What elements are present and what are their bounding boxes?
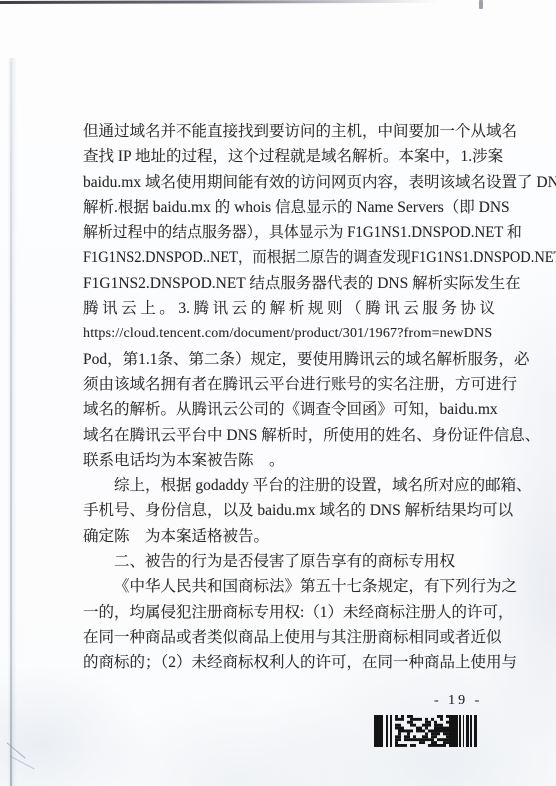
text-line: baidu.mx 域名使用期间能有效的访问网页内容，表明该域名设置了 DNS xyxy=(83,170,495,195)
text-line: F1G1NS2.DNSPOD..NET，而根据二原告的调查发现F1G1NS1.D… xyxy=(83,245,466,270)
text-line: 确定陈 为本案适格被告。 xyxy=(83,524,495,549)
text-line: 须由该域名拥有者在腾讯云平台进行账号的实名注册，方可进行 xyxy=(83,372,495,397)
text-line: 但通过域名并不能直接找到要访问的主机，中间要加一个从域名 xyxy=(83,119,495,144)
text-line: 综上，根据 godaddy 平台的注册的设置，域名所对应的邮箱、 xyxy=(83,473,495,498)
barcode-stop-bar xyxy=(449,715,458,747)
text-line: 域名在腾讯云平台中 DNS 解析时，所使用的姓名、身份证件信息、 xyxy=(83,423,495,448)
barcode-matrix xyxy=(395,715,449,747)
scan-mark xyxy=(479,0,483,9)
text-line: 联系电话均为本案被告陈 。 xyxy=(83,448,495,473)
text-line: 一的，均属侵犯注册商标专用权:（1）未经商标注册人的许可， xyxy=(83,600,495,625)
barcode xyxy=(374,715,477,747)
barcode-left-bars xyxy=(374,715,395,747)
text-line: 手机号、身份信息，以及 baidu.mx 域名的 DNS 解析结果均可以 xyxy=(83,498,495,523)
scan-edge-artifact xyxy=(0,0,438,3)
text-line: 在同一种商品或者类似商品上使用与其注册商标相同或者近似 xyxy=(83,625,495,650)
text-line: 域名的解析。从腾讯云公司的《调查令回函》可知，baidu.mx xyxy=(83,397,495,422)
document-body: 但通过域名并不能直接找到要访问的主机，中间要加一个从域名 查找 IP 地址的过程… xyxy=(83,119,495,676)
text-line: 解析过程中的结点服务器），具体显示为 F1G1NS1.DNSPOD.NET 和 xyxy=(83,220,479,245)
text-line-url: https://cloud.tencent.com/document/produ… xyxy=(83,321,495,346)
barcode-right-bars xyxy=(458,715,477,747)
page-number: - 19 - xyxy=(434,693,482,709)
scanned-page: 但通过域名并不能直接找到要访问的主机，中间要加一个从域名 查找 IP 地址的过程… xyxy=(0,0,556,786)
text-line: Pod，第1.1条、第二条）规定，要使用腾讯云的域名解析服务，必 xyxy=(83,347,495,372)
section-heading: 二、被告的行为是否侵害了原告享有的商标专用权 xyxy=(83,549,495,574)
text-line: 腾讯云上。3.腾讯云的解析规则（腾讯云服务协议 xyxy=(83,296,495,321)
text-line: 查找 IP 地址的过程，这个过程就是域名解析。本案中，1.涉案 xyxy=(83,144,495,169)
text-line: 《中华人民共和国商标法》第五十七条规定，有下列行为之 xyxy=(83,574,495,599)
text-line: 的商标的；（2）未经商标权利人的许可，在同一种商品上使用与 xyxy=(83,650,495,675)
text-line: F1G1NS2.DNSPOD.NET 结点服务器代表的 DNS 解析实际发生在 xyxy=(83,271,495,296)
paper-fold-line xyxy=(10,62,12,786)
text-line: 解析.根据 baidu.mx 的 whois 信息显示的 Name Server… xyxy=(83,195,495,220)
